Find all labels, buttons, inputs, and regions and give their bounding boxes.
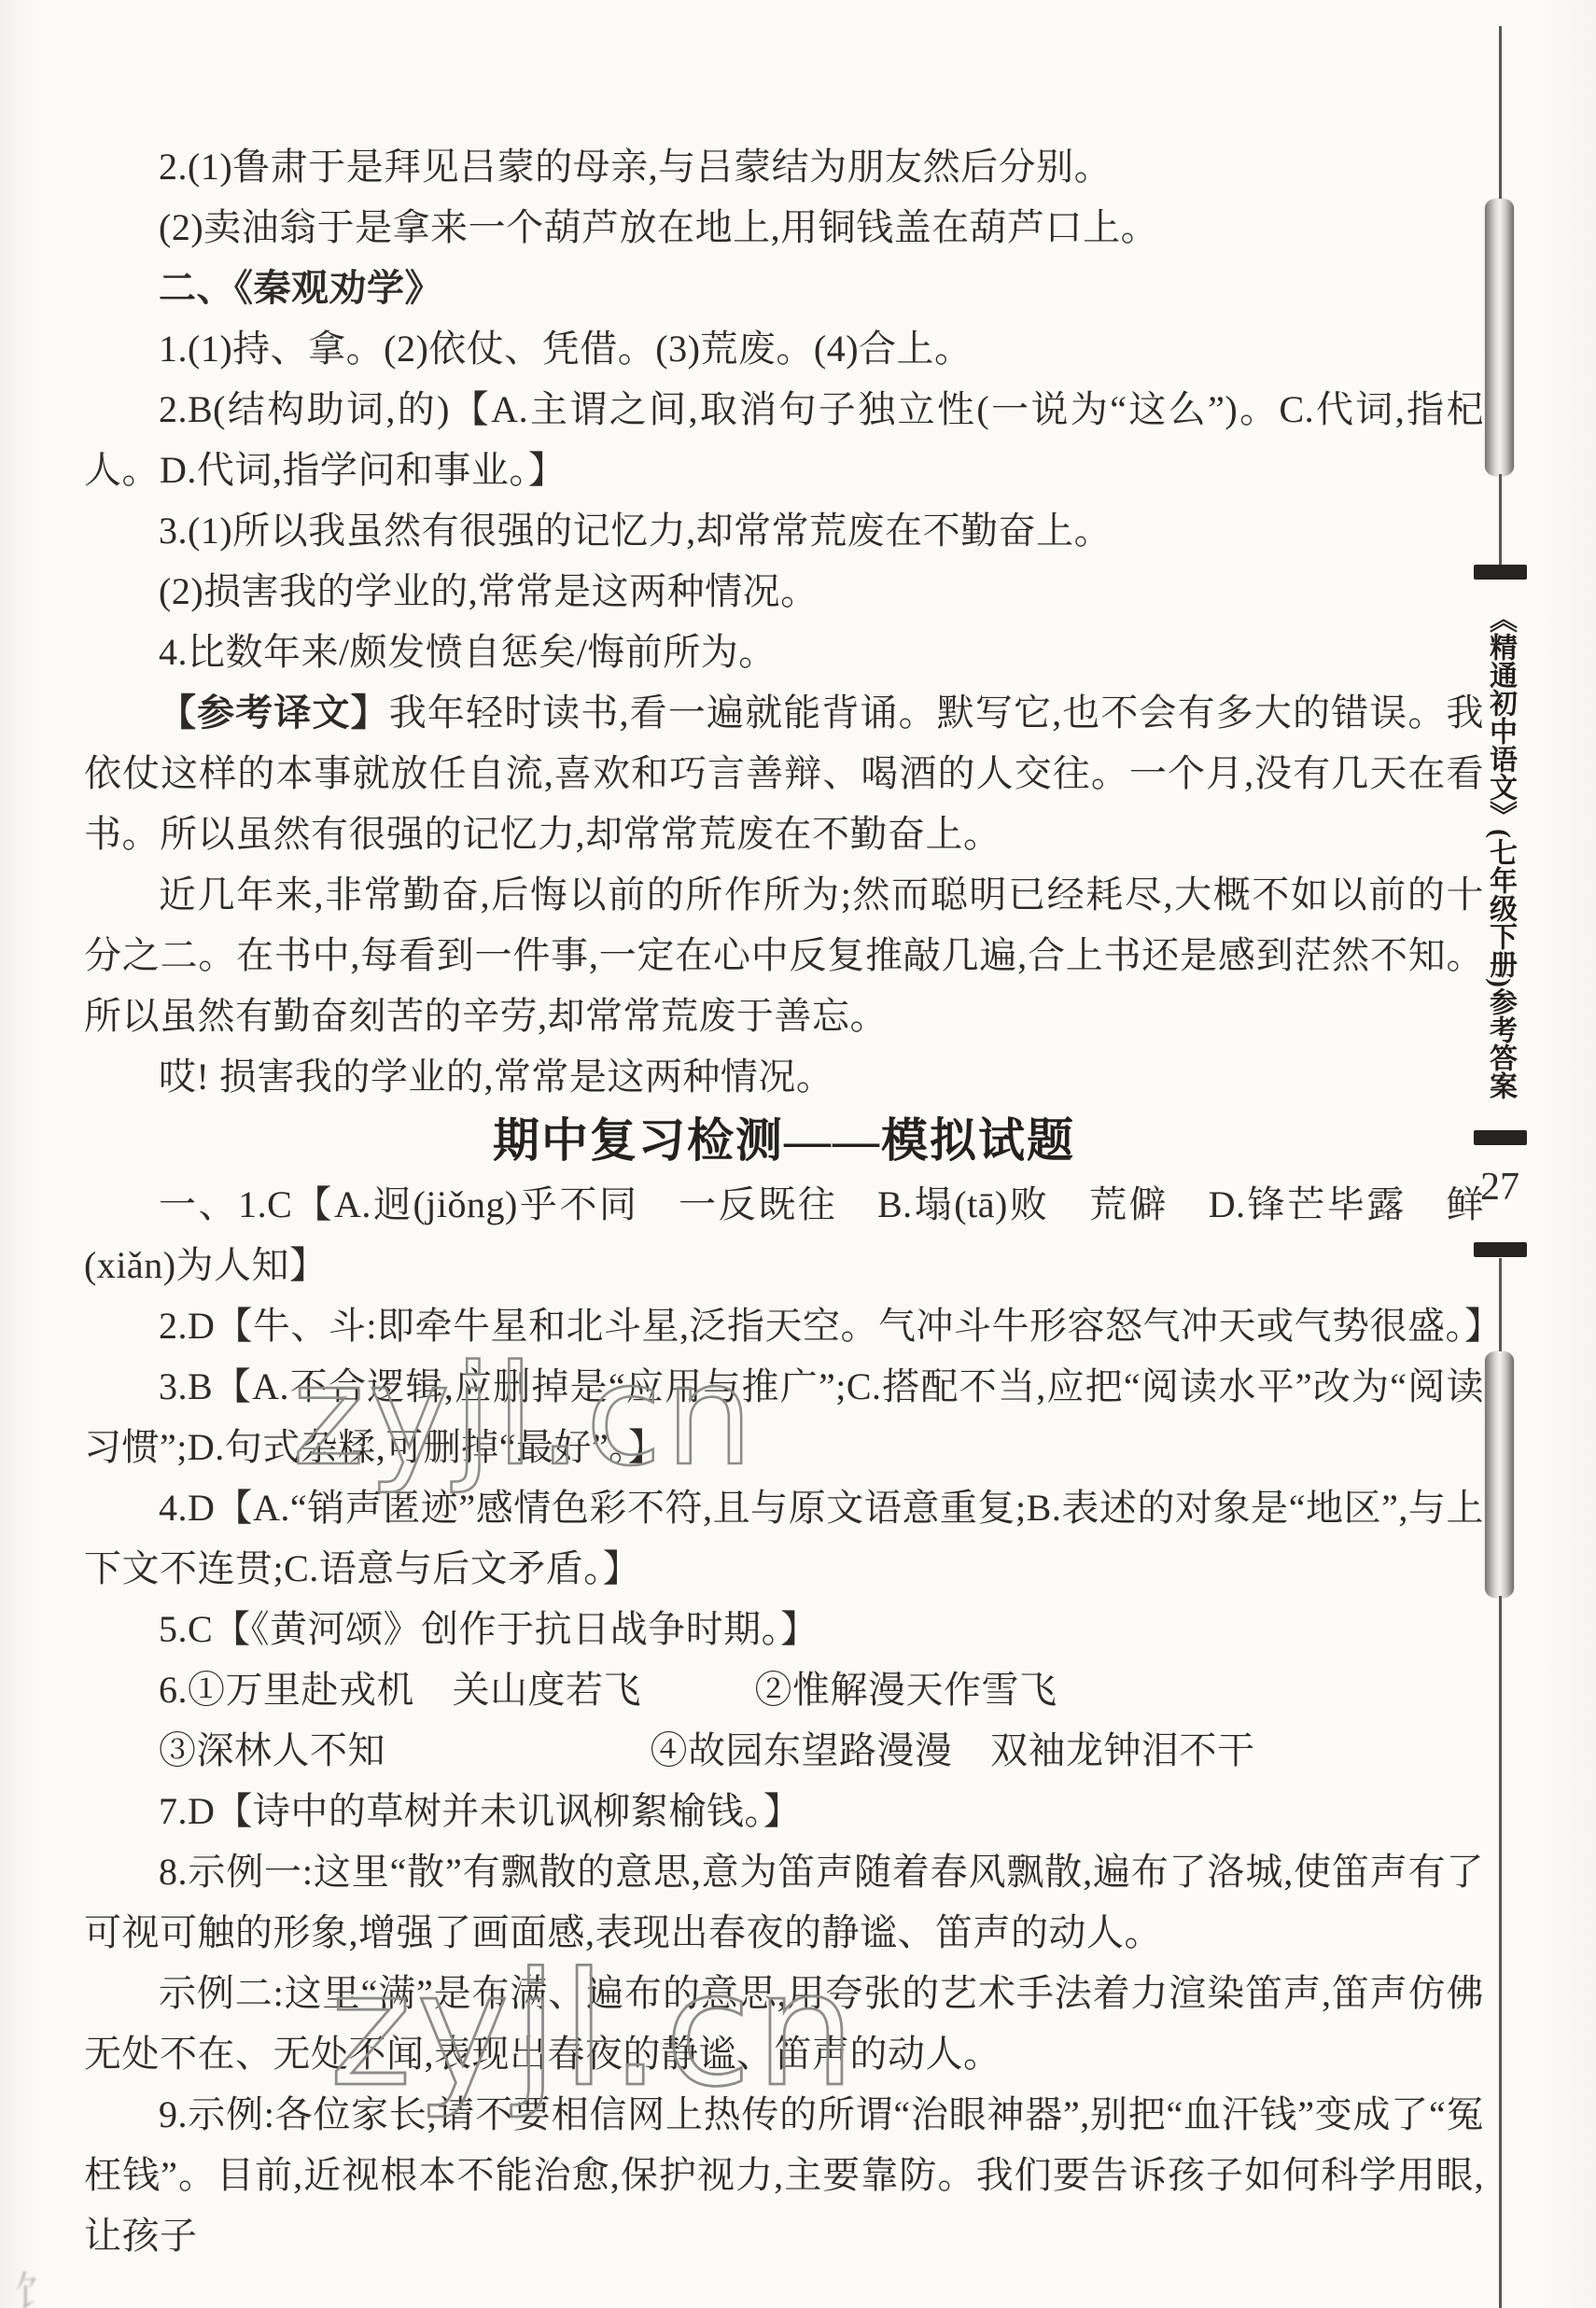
answer-paragraph: ③深林人不知 ④故园东望路漫漫 双袖龙钟泪不干	[84, 1720, 1484, 1781]
answers-column: 2.(1)鲁肃于是拜见吕蒙的母亲,与吕蒙结为朋友然后分别。 (2)卖油翁于是拿来…	[84, 136, 1484, 2273]
margin-black-bar-lower	[1474, 1242, 1527, 1257]
answer-paragraph: (2)损害我的学业的,常常是这两种情况。	[84, 561, 1484, 622]
book-spine-title: 《精通初中语文》(七年级下册)参考答案	[1480, 605, 1519, 1109]
answer-paragraph: 8.示例一:这里“散”有飘散的意思,意为笛声随着春风飘散,遍布了洛城,使笛声有了…	[84, 1841, 1484, 1963]
answer-paragraph: 4.比数年来/颇发愤自惩矣/悔前所为。	[84, 622, 1484, 682]
answer-paragraph: 7.D【诗中的草树并未讥讽柳絮榆钱。】	[84, 1781, 1484, 1841]
answer-paragraph: 哎! 损害我的学业的,常常是这两种情况。	[84, 1046, 1484, 1107]
answer-paragraph: 1.(1)持、拿。(2)依仗、凭借。(3)荒废。(4)合上。	[84, 318, 1484, 379]
margin-rule-lower	[1499, 1258, 1502, 1353]
answer-paragraph: 5.C【《黄河颂》创作于抗日战争时期。】	[84, 1599, 1484, 1659]
scanned-book-page: 2.(1)鲁肃于是拜见吕蒙的母亲,与吕蒙结为朋友然后分别。 (2)卖油翁于是拿来…	[0, 0, 1596, 2308]
answer-paragraph: 3.(1)所以我虽然有很强的记忆力,却常常荒废在不勤奋上。	[84, 500, 1484, 561]
answer-paragraph: 2.D【牛、斗:即牵牛星和北斗星,泛指天空。气冲斗牛形容怒气冲天或气势很盛。】	[84, 1295, 1484, 1356]
answer-paragraph: 2.(1)鲁肃于是拜见吕蒙的母亲,与吕蒙结为朋友然后分别。	[84, 136, 1484, 197]
scan-artifact: 饣	[15, 2259, 80, 2308]
margin-rule-bottom	[1499, 1596, 1502, 2308]
answer-paragraph: 3.B【A.不合逻辑,应删掉是“应用与推广”;C.搭配不当,应把“阅读水平”改为…	[84, 1356, 1484, 1477]
margin-black-bar-mid	[1474, 1130, 1527, 1145]
margin-rod-ornament-top	[1485, 199, 1514, 476]
margin-black-bar-top	[1474, 565, 1527, 580]
reference-translation-paragraph: 【参考译文】我年轻时读书,看一遍就能背诵。默写它,也不会有多大的错误。我依仗这样…	[84, 682, 1484, 864]
answer-paragraph: 4.D【A.“销声匿迹”感情色彩不符,且与原文语意重复;B.表述的对象是“地区”…	[84, 1477, 1484, 1599]
answer-paragraph: (2)卖油翁于是拿来一个葫芦放在地上,用铜钱盖在葫芦口上。	[84, 197, 1484, 258]
answer-paragraph: 一、1.C【A.迥(jiǒng)乎不同 一反既往 B.塌(tā)败 荒僻 D.锋…	[84, 1174, 1484, 1295]
margin-rule-mid	[1499, 474, 1502, 567]
answer-paragraph: 示例二:这里“满”是布满、遍布的意思,用夸张的艺术手法着力渲染笛声,笛声仿佛无处…	[84, 1963, 1484, 2084]
margin-rod-ornament-bottom	[1485, 1351, 1514, 1598]
answer-section-label: 二、《秦观劝学》	[84, 258, 1484, 318]
page-number: 27	[1467, 1165, 1533, 1210]
section-heading: 期中复习检测——模拟试题	[84, 1107, 1484, 1174]
answer-paragraph: 9.示例:各位家长,请不要相信网上热传的所谓“治眼神器”,别把“血汗钱”变成了“…	[84, 2084, 1484, 2266]
margin-rule-top	[1499, 26, 1502, 201]
reference-translation-label: 【参考译文】	[159, 692, 389, 734]
answer-paragraph: 6.①万里赴戎机 关山度若飞 ②惟解漫天作雪飞	[84, 1659, 1484, 1720]
answer-paragraph: 2.B(结构助词,的)【A.主谓之间,取消句子独立性(一说为“这么”)。C.代词…	[84, 379, 1484, 500]
answer-paragraph: 近几年来,非常勤奋,后悔以前的所作所为;然而聪明已经耗尽,大概不如以前的十分之二…	[84, 864, 1484, 1046]
